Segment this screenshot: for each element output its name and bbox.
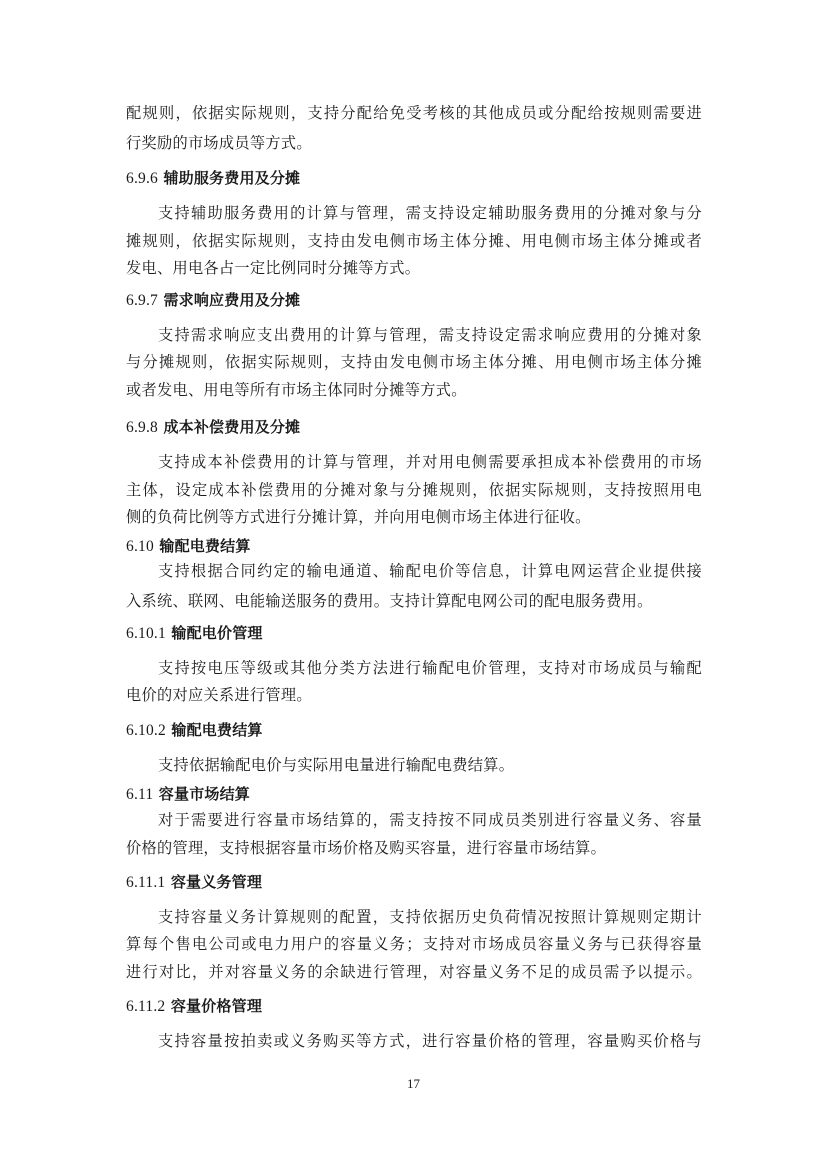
paragraph-line: 支持需求响应支出费用的计算与管理，需支持设定需求响应费用的分摊对象 [158, 325, 702, 345]
paragraph-line: 支持容量义务计算规则的配置，支持依据历史负荷情况按照计算规则定期计 [158, 907, 702, 927]
section-title: 容量义务管理 [171, 873, 262, 891]
section-heading-6-10: 6.10 输配电费结算 [126, 536, 251, 557]
paragraph-line: 入系统、联网、电能输送服务的费用。支持计算配电网公司的配电服务费用。 [126, 591, 702, 611]
section-title: 输配电费结算 [159, 537, 250, 555]
section-title: 需求响应费用及分摊 [163, 291, 300, 309]
section-number: 6.11.2 [126, 998, 165, 1015]
paragraph-line: 与分摊规则，依据实际规则，支持由发电侧市场主体分摊、用电侧市场主体分摊 [126, 352, 702, 372]
document-page: 配规则，依据实际规则，支持分配给免受考核的其他成员或分配给按规则需要进 行奖励的… [0, 0, 827, 1169]
section-number: 6.10 [126, 538, 154, 555]
paragraph-line: 电价的对应关系进行管理。 [126, 685, 702, 705]
paragraph-line: 支持成本补偿费用的计算与管理，并对用电侧需要承担成本补偿费用的市场 [158, 452, 702, 472]
section-heading-6-10-1: 6.10.1 输配电价管理 [126, 623, 263, 644]
section-title: 输配电价管理 [171, 624, 262, 642]
paragraph-line: 支持依据输配电价与实际用电量进行输配电费结算。 [158, 755, 702, 775]
paragraph-line: 支持根据合同约定的输电通道、输配电价等信息，计算电网运营企业提供接 [158, 561, 702, 581]
paragraph-line: 主体，设定成本补偿费用的分摊对象与分摊规则，依据实际规则，支持按照用电 [126, 480, 702, 500]
paragraph-line: 支持容量按拍卖或义务购买等方式，进行容量价格的管理，容量购买价格与 [158, 1031, 702, 1051]
paragraph-line: 进行对比，并对容量义务的余缺进行管理，对容量义务不足的成员需予以提示。 [126, 962, 702, 982]
section-heading-6-11-2: 6.11.2 容量价格管理 [126, 996, 262, 1017]
paragraph-line: 摊规则，依据实际规则，支持由发电侧市场主体分摊、用电侧市场主体分摊或者 [126, 231, 702, 251]
section-number: 6.10.2 [126, 722, 166, 739]
paragraph-line: 算每个售电公司或电力用户的容量义务；支持对市场成员容量义务与已获得容量 [126, 934, 702, 954]
section-title: 容量市场结算 [159, 785, 250, 803]
paragraph-line: 行奖励的市场成员等方式。 [126, 133, 702, 153]
section-heading-6-10-2: 6.10.2 输配电费结算 [126, 720, 263, 741]
section-title: 容量价格管理 [171, 997, 262, 1015]
paragraph-line: 支持辅助服务费用的计算与管理，需支持设定辅助服务费用的分摊对象与分 [158, 203, 702, 223]
section-number: 6.11 [126, 786, 153, 803]
section-heading-6-9-8: 6.9.8 成本补偿费用及分摊 [126, 417, 300, 438]
paragraph-line: 价格的管理，支持根据容量市场价格及购买容量，进行容量市场结算。 [126, 838, 702, 858]
section-heading-6-9-7: 6.9.7 需求响应费用及分摊 [126, 290, 300, 311]
paragraph-line: 支持按电压等级或其他分类方法进行输配电价管理，支持对市场成员与输配 [158, 658, 702, 678]
section-title: 输配电费结算 [171, 721, 262, 739]
paragraph-line: 对于需要进行容量市场结算的，需支持按不同成员类别进行容量义务、容量 [158, 810, 702, 830]
section-title: 成本补偿费用及分摊 [163, 418, 300, 436]
section-title: 辅助服务费用及分摊 [163, 169, 300, 187]
section-heading-6-11: 6.11 容量市场结算 [126, 784, 250, 805]
paragraph-line: 或者发电、用电等所有市场主体同时分摊等方式。 [126, 380, 702, 400]
section-number: 6.10.1 [126, 625, 166, 642]
paragraph-line: 配规则，依据实际规则，支持分配给免受考核的其他成员或分配给按规则需要进 [126, 103, 702, 123]
section-heading-6-11-1: 6.11.1 容量义务管理 [126, 872, 262, 893]
section-number: 6.9.6 [126, 170, 158, 187]
section-number: 6.9.8 [126, 419, 158, 436]
paragraph-line: 侧的负荷比例等方式进行分摊计算，并向用电侧市场主体进行征收。 [126, 507, 702, 527]
paragraph-line: 发电、用电各占一定比例同时分摊等方式。 [126, 258, 702, 278]
section-number: 6.11.1 [126, 874, 165, 891]
page-number: 17 [0, 1076, 827, 1092]
section-number: 6.9.7 [126, 292, 158, 309]
section-heading-6-9-6: 6.9.6 辅助服务费用及分摊 [126, 168, 300, 189]
